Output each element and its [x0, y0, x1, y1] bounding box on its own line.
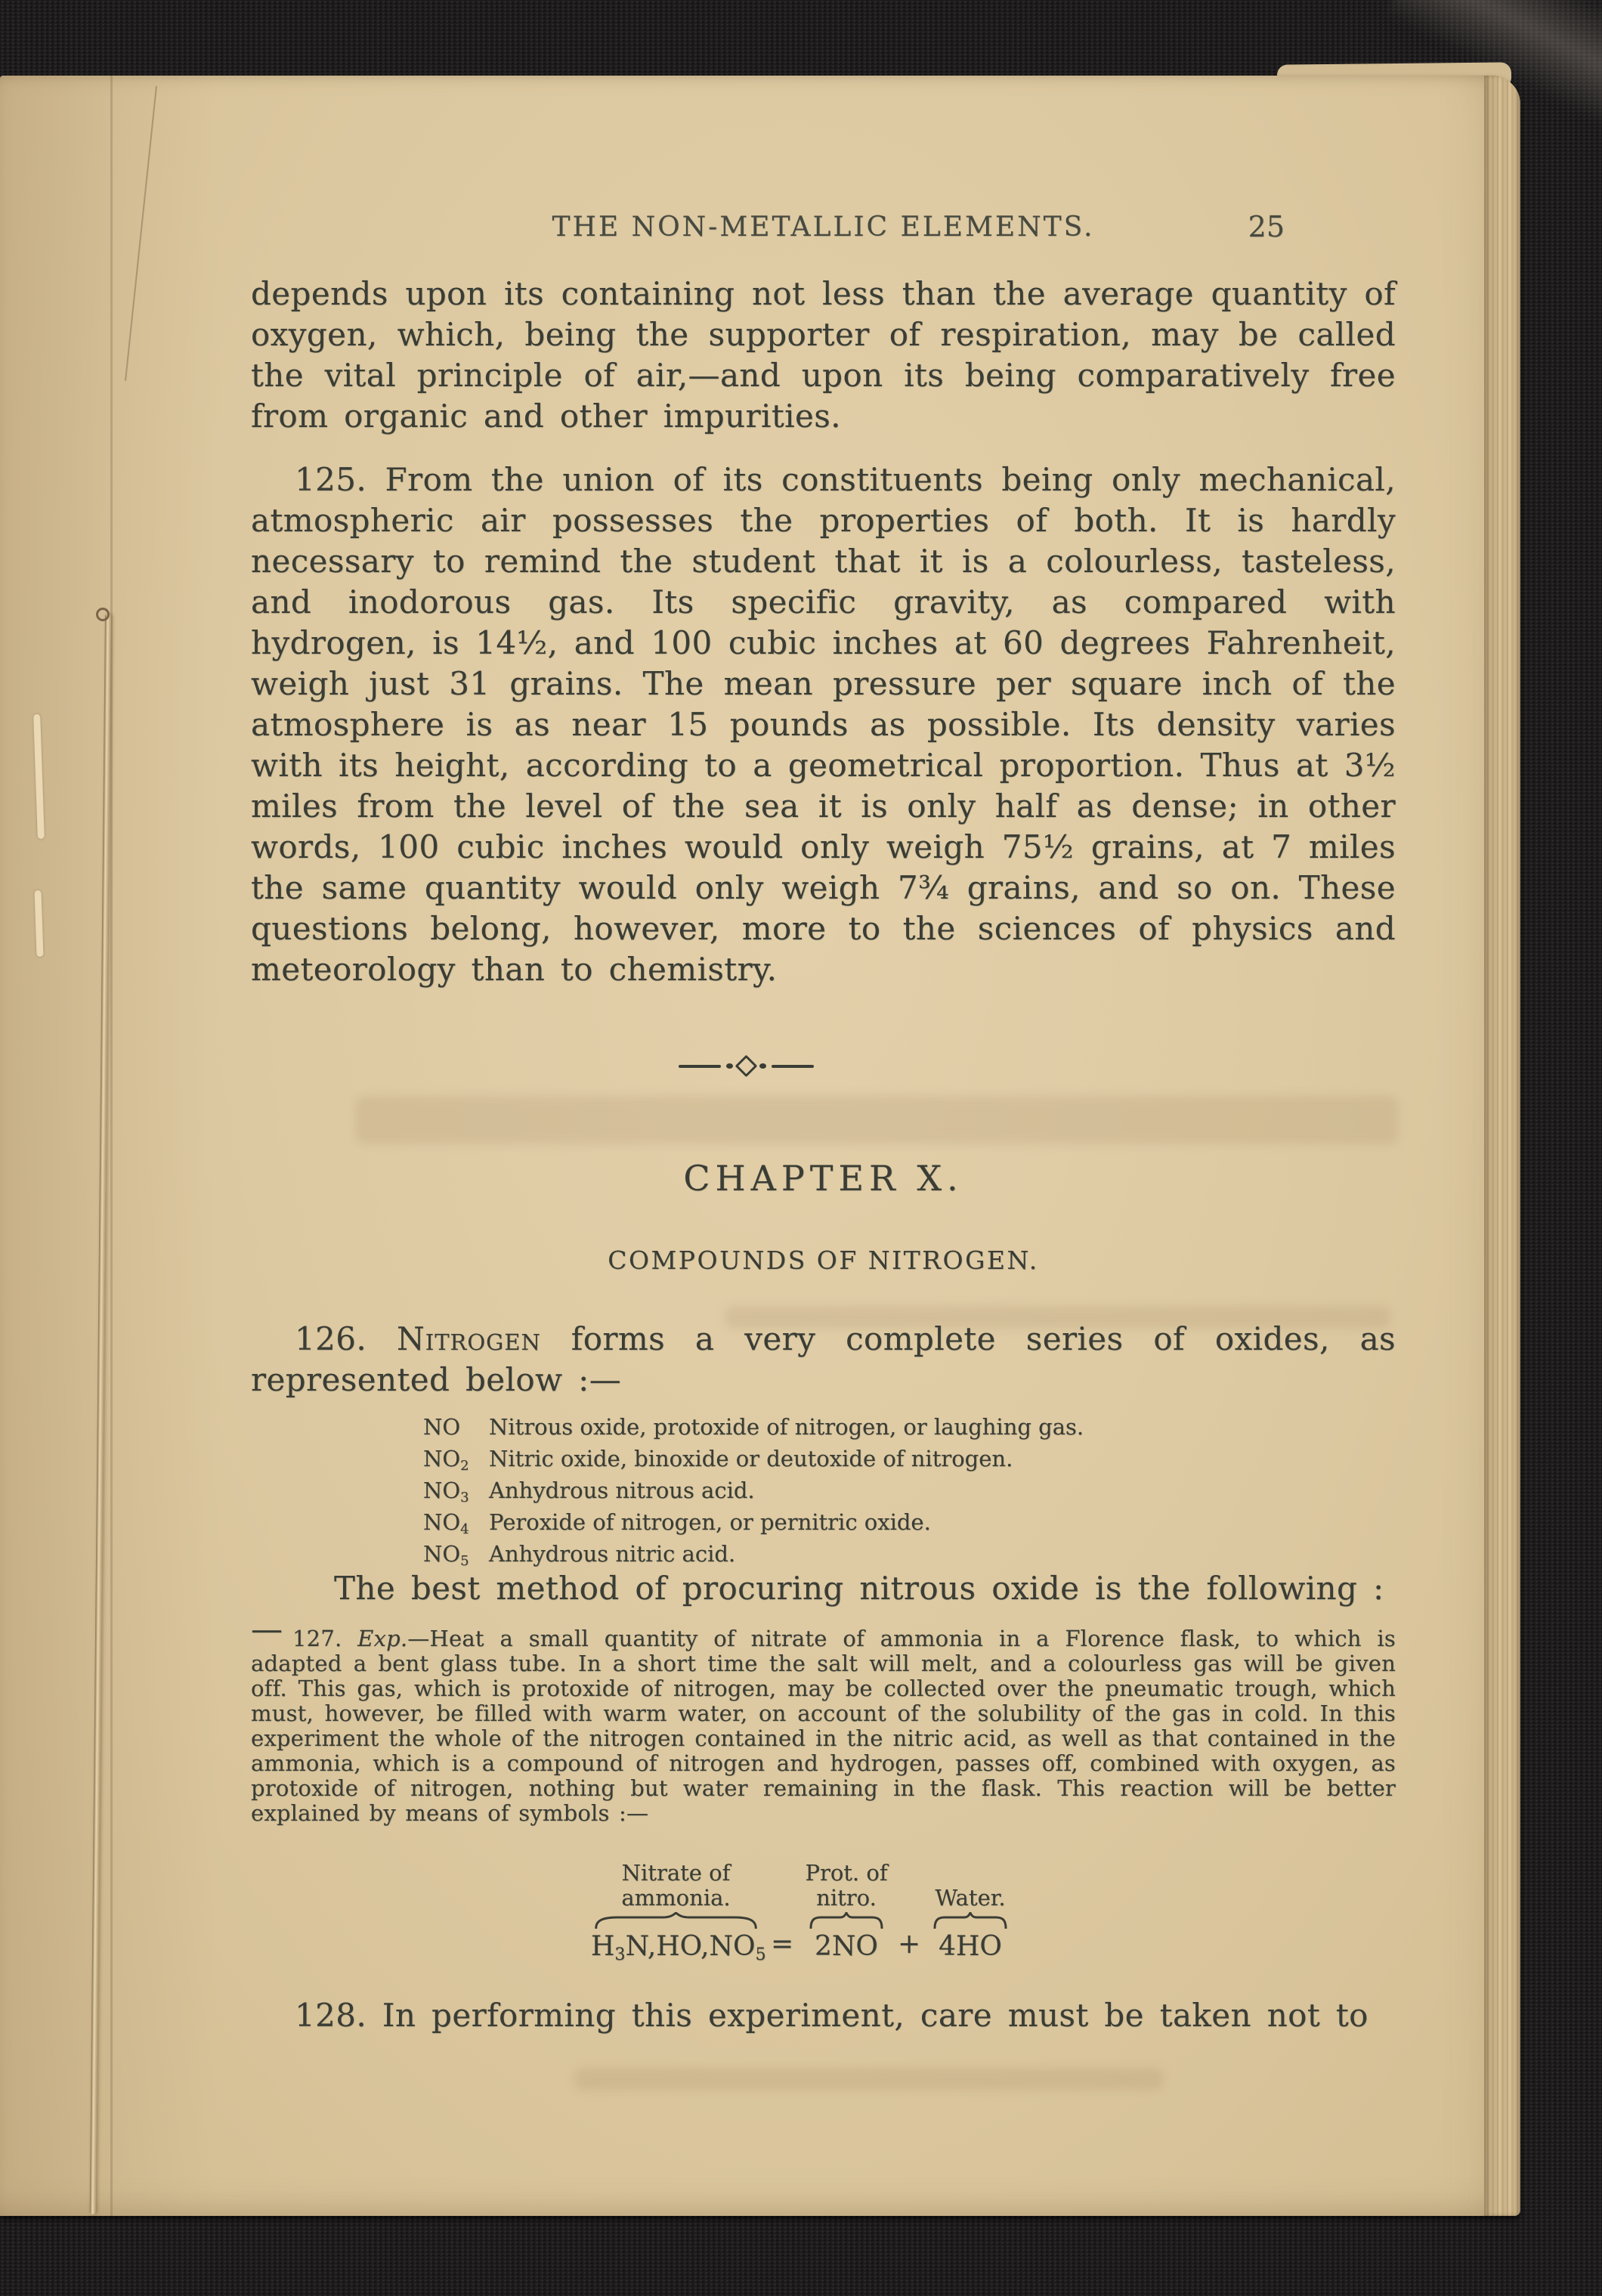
book-photograph: THE NON-METALLIC ELEMENTS. 25 depends up…	[0, 0, 1602, 2296]
list-item: NO4Peroxide of nitrogen, or pernitric ox…	[251, 1510, 1396, 1542]
paragraph-128: 128. In performing this experiment, care…	[251, 1995, 1396, 2036]
section-divider-ornament	[674, 1058, 818, 1074]
running-header-title: THE NON-METALLIC ELEMENTS.	[251, 212, 1396, 243]
equation-reactant-group: H3N,HO,NO5	[591, 1912, 761, 1964]
divider-line	[679, 1065, 721, 1068]
reactant-formula: H3N,HO,NO5	[591, 1931, 761, 1964]
list-item: NO3Anhydrous nitrous acid.	[251, 1478, 1396, 1510]
overbrace-icon	[809, 1912, 884, 1929]
divider-dot	[759, 1063, 766, 1069]
paragraph-127-number: 127.	[292, 1626, 357, 1651]
label-line: Prot. of	[805, 1861, 887, 1886]
label-line: Nitrate of	[622, 1861, 731, 1886]
paragraph-127-exp-label: Exp.	[357, 1626, 407, 1651]
oxide-formula: NO2	[423, 1447, 489, 1478]
equation-product-group: 2NO	[809, 1912, 884, 1962]
oxide-formula: NO4	[423, 1510, 489, 1542]
binding-cord-hook	[96, 608, 110, 621]
paragraph-127: 127. Exp.—Heat a small quantity of nitra…	[251, 1626, 1396, 1826]
plus-sign: +	[898, 1929, 920, 1960]
running-header: THE NON-METALLIC ELEMENTS. 25	[251, 212, 1396, 249]
paragraph-125: 125. From the union of its constituents …	[251, 460, 1396, 990]
book-page: THE NON-METALLIC ELEMENTS. 25 depends up…	[0, 76, 1520, 2216]
divider-diamond-icon	[735, 1055, 757, 1078]
gutter-shadow	[0, 76, 227, 2216]
divider-dot	[726, 1063, 733, 1069]
overbrace-icon	[591, 1912, 761, 1929]
chapter-title: CHAPTER X.	[251, 1158, 1396, 1199]
overbrace-icon	[932, 1912, 1008, 1929]
oxide-description: Nitric oxide, binoxide or deutoxide of n…	[489, 1446, 1013, 1471]
oxide-list: NONitrous oxide, protoxide of nitrogen, …	[251, 1415, 1396, 1573]
equation-label-nitrate-of-ammonia: Nitrate of ammonia.	[583, 1853, 769, 1911]
product-formula: 4HO	[932, 1931, 1008, 1962]
paragraph-126: 126. Nitrogen forms a very complete seri…	[251, 1319, 1396, 1400]
oxide-description: Nitrous oxide, protoxide of nitrogen, or…	[489, 1414, 1084, 1440]
product-formula: 2NO	[809, 1931, 884, 1962]
page-number: 25	[1248, 210, 1285, 243]
equation-product-group: 4HO	[932, 1912, 1008, 1962]
text-block: THE NON-METALLIC ELEMENTS. 25 depends up…	[251, 76, 1396, 2216]
gutter-crease	[110, 76, 113, 2216]
equation-label-protoxide-of-nitrogen: Prot. of nitro.	[801, 1853, 892, 1911]
chemical-equation: Nitrate of ammonia. Prot. of nitro. Wate…	[251, 1853, 1396, 1982]
oxide-formula: NO	[423, 1415, 489, 1447]
equals-sign: =	[771, 1929, 793, 1960]
paragraph-126-number: 126.	[295, 1320, 397, 1357]
equation-label-water: Water.	[925, 1853, 1016, 1911]
list-item: NO2Nitric oxide, binoxide or deutoxide o…	[251, 1447, 1396, 1478]
paragraph-127-text: —Heat a small quantity of nitrate of amm…	[251, 1626, 1396, 1826]
chapter-subtitle: COMPOUNDS OF NITROGEN.	[251, 1245, 1396, 1275]
oxide-formula: NO3	[423, 1478, 489, 1510]
label-line: nitro.	[816, 1886, 877, 1911]
page-stack-edge	[1484, 76, 1520, 2216]
divider-line	[772, 1065, 814, 1068]
oxide-description: Anhydrous nitrous acid.	[489, 1478, 755, 1503]
list-item: NONitrous oxide, protoxide of nitrogen, …	[251, 1415, 1396, 1447]
paragraph-continuation: depends upon its containing not less tha…	[251, 274, 1396, 437]
label-line: ammonia.	[621, 1886, 730, 1911]
oxide-description: Peroxide of nitrogen, or pernitric oxide…	[489, 1509, 931, 1535]
paragraph-126-keyword: Nitrogen	[397, 1320, 541, 1357]
oxide-description: Anhydrous nitric acid.	[489, 1541, 735, 1567]
label-line: Water.	[935, 1886, 1005, 1911]
